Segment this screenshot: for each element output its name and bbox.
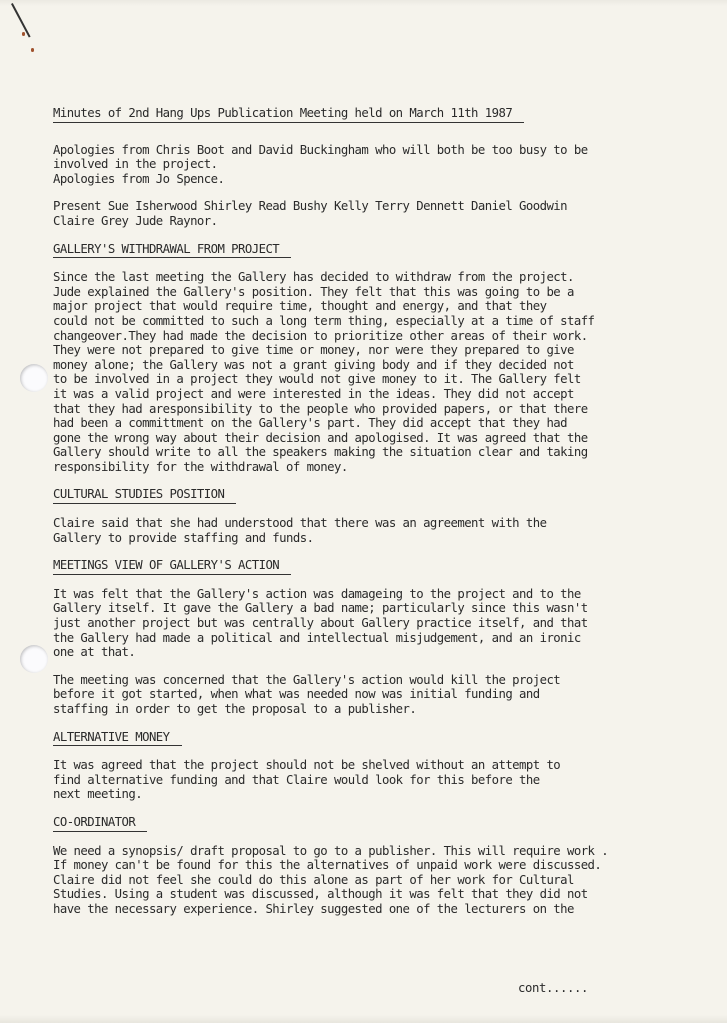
document-body: Minutes of 2nd Hang Ups Publication Meet… (53, 106, 653, 930)
section-co-ordinator: CO-ORDINATOR We need a synopsis/ draft p… (53, 815, 653, 917)
section-heading: CO-ORDINATOR (53, 815, 147, 832)
section-heading: MEETINGS VIEW OF GALLERY'S ACTION (53, 558, 291, 575)
section-paragraph: Claire said that she had understood that… (53, 516, 653, 545)
attendees-paragraph: Present Sue Isherwood Shirley Read Bushy… (53, 199, 653, 228)
apologies-paragraph: Apologies from Chris Boot and David Buck… (53, 143, 653, 187)
section-paragraph: We need a synopsis/ draft proposal to go… (53, 844, 653, 917)
section-cultural-studies-position: CULTURAL STUDIES POSITION Claire said th… (53, 487, 653, 545)
punch-hole (20, 645, 48, 673)
stain-mark (22, 32, 25, 36)
continued-marker: cont...... (518, 981, 588, 995)
document-title: Minutes of 2nd Hang Ups Publication Meet… (53, 106, 524, 123)
section-paragraph: Since the last meeting the Gallery has d… (53, 270, 653, 474)
document-page: Minutes of 2nd Hang Ups Publication Meet… (0, 0, 727, 1023)
punch-hole (20, 364, 48, 392)
section-paragraph: It was agreed that the project should no… (53, 758, 653, 802)
section-heading: GALLERY'S WITHDRAWAL FROM PROJECT (53, 242, 291, 259)
pen-mark (11, 3, 31, 37)
section-alternative-money: ALTERNATIVE MONEY It was agreed that the… (53, 730, 653, 802)
section-paragraph: It was felt that the Gallery's action wa… (53, 587, 653, 660)
section-paragraph: The meeting was concerned that the Galle… (53, 673, 653, 717)
section-heading: CULTURAL STUDIES POSITION (53, 487, 236, 504)
section-meetings-view: MEETINGS VIEW OF GALLERY'S ACTION It was… (53, 558, 653, 716)
section-gallery-withdrawal: GALLERY'S WITHDRAWAL FROM PROJECT Since … (53, 242, 653, 475)
stain-mark (31, 48, 34, 52)
section-heading: ALTERNATIVE MONEY (53, 730, 182, 747)
